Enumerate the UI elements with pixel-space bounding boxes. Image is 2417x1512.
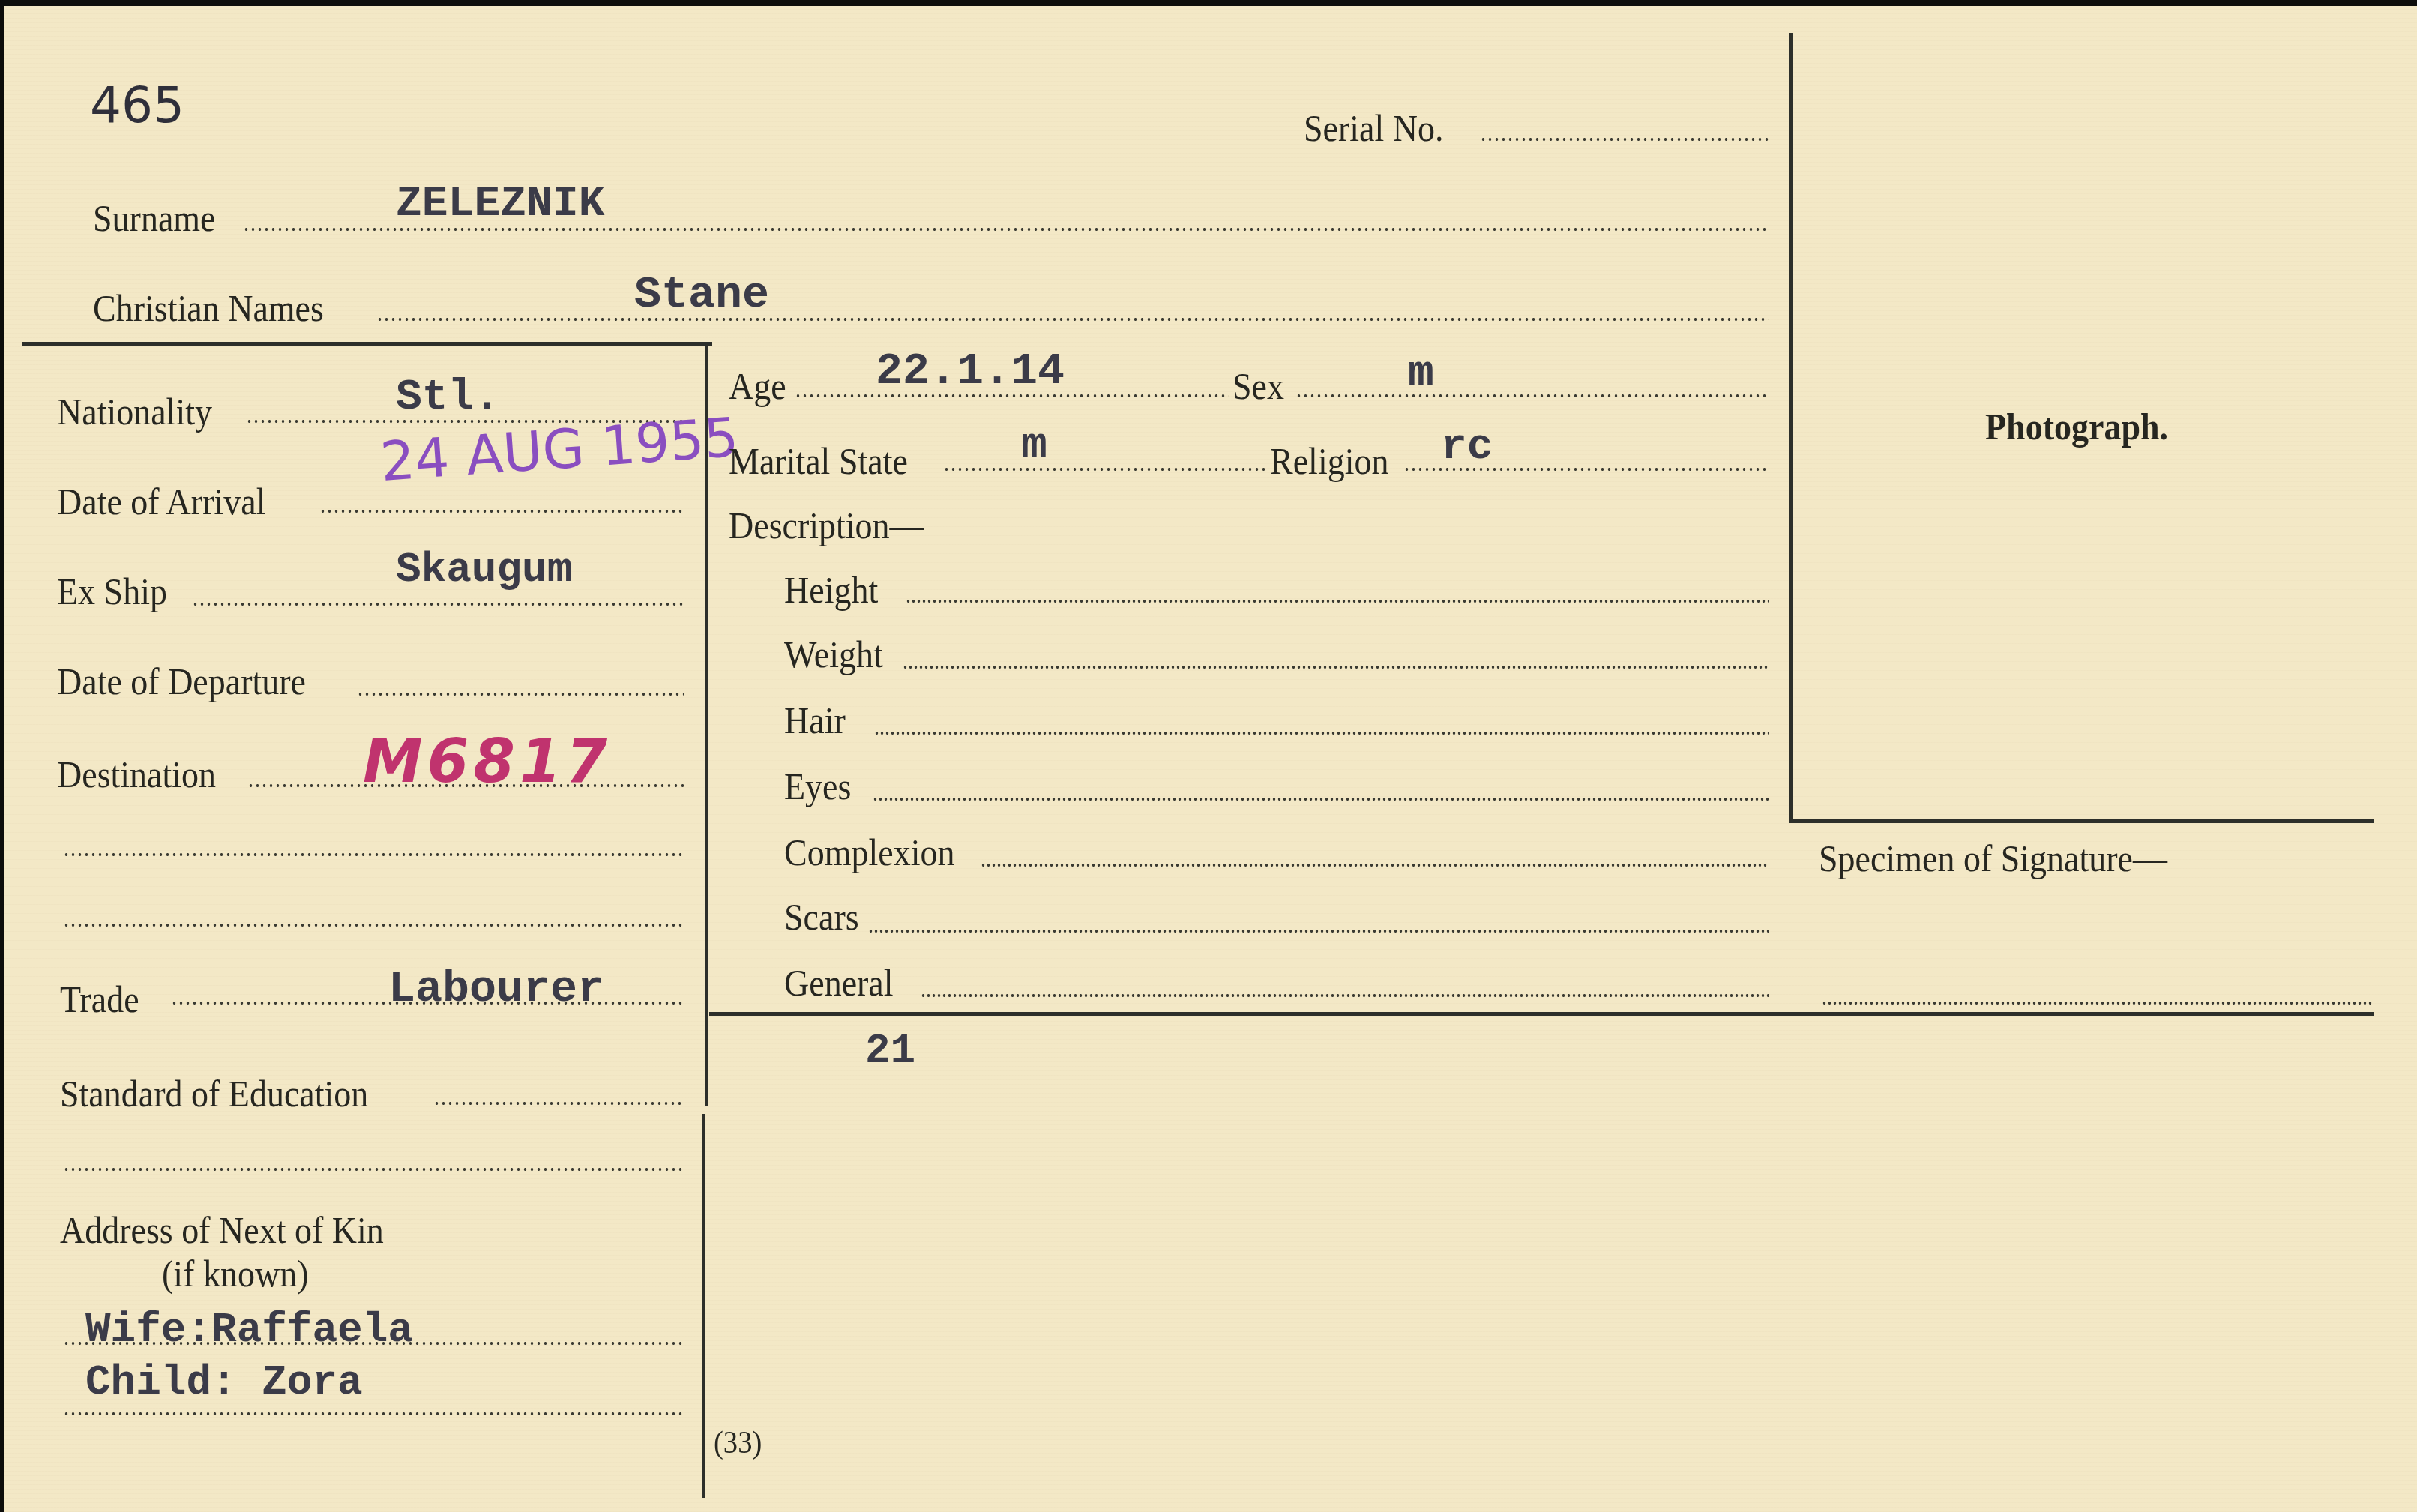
christian-names-value: Stane <box>634 273 769 318</box>
sex-field[interactable] <box>1295 394 1769 397</box>
ex-ship-value: Skaugum <box>396 549 572 591</box>
scars-label: Scars <box>784 898 859 936</box>
complexion-field[interactable] <box>981 864 1769 867</box>
weight-field[interactable] <box>903 666 1769 669</box>
lower-column-divider <box>702 1114 705 1498</box>
next-of-kin-label: Address of Next of Kin <box>60 1211 384 1249</box>
sex-label: Sex <box>1232 367 1284 405</box>
height-label: Height <box>784 571 878 609</box>
religion-field[interactable] <box>1403 468 1769 471</box>
form-code: (33) <box>714 1427 762 1459</box>
general-field[interactable] <box>921 994 1769 997</box>
marital-state-field[interactable] <box>943 468 1267 471</box>
trade-field[interactable] <box>171 1002 684 1005</box>
next-of-kin-line-2: Child: Zora <box>85 1361 363 1403</box>
education-field[interactable] <box>433 1102 684 1105</box>
education-extra-line[interactable] <box>63 1168 684 1171</box>
nationality-value: Stl. <box>396 376 500 420</box>
sex-value: m <box>1408 352 1434 396</box>
age-label: Age <box>729 367 786 405</box>
next-of-kin-field-2[interactable] <box>63 1412 684 1415</box>
complexion-label: Complexion <box>784 834 954 871</box>
ex-ship-field[interactable] <box>192 603 684 606</box>
destination-extra-line-1[interactable] <box>63 853 684 856</box>
serial-no-label: Serial No. <box>1304 109 1444 147</box>
date-of-departure-field[interactable] <box>357 693 684 696</box>
hair-field[interactable] <box>874 732 1769 735</box>
card-number: 465 <box>90 81 184 130</box>
surname-field[interactable] <box>243 228 1769 231</box>
ex-ship-label: Ex Ship <box>57 573 167 610</box>
age-value: 22.1.14 <box>876 349 1065 394</box>
surname-value: ZELEZNIK <box>396 183 604 226</box>
age-field[interactable] <box>795 394 1229 397</box>
destination-field[interactable] <box>247 784 684 787</box>
signature-label: Specimen of Signature— <box>1819 840 2167 877</box>
religion-label: Religion <box>1270 442 1388 480</box>
trade-value: Labourer <box>388 967 604 1012</box>
middle-bottom-rule <box>709 1012 2374 1016</box>
age-annotation: 21 <box>865 1030 915 1072</box>
hair-label: Hair <box>784 702 846 739</box>
date-of-arrival-label: Date of Arrival <box>57 483 265 520</box>
marital-state-value: m <box>1021 424 1047 468</box>
marital-state-label: Marital State <box>729 442 908 480</box>
destination-extra-line-2[interactable] <box>63 924 684 927</box>
next-of-kin-sublabel: (if known) <box>162 1255 308 1292</box>
date-of-departure-label: Date of Departure <box>57 663 306 700</box>
left-top-rule <box>22 342 712 346</box>
photo-box-left-rule <box>1789 33 1793 820</box>
eyes-field[interactable] <box>873 798 1769 801</box>
height-field[interactable] <box>906 600 1769 603</box>
general-label: General <box>784 964 894 1002</box>
nationality-label: Nationality <box>57 393 212 430</box>
signature-field[interactable] <box>1822 1002 2374 1005</box>
surname-label: Surname <box>93 199 216 237</box>
destination-label: Destination <box>57 756 216 793</box>
christian-names-label: Christian Names <box>93 289 324 327</box>
trade-label: Trade <box>60 981 139 1018</box>
next-of-kin-field-1[interactable] <box>63 1342 684 1345</box>
destination-value: M6817 <box>363 732 612 792</box>
weight-label: Weight <box>784 636 883 673</box>
registration-card: 465 Serial No. Surname ZELEZNIK Christia… <box>4 6 2417 1512</box>
education-label: Standard of Education <box>60 1075 368 1112</box>
religion-value: rc <box>1441 426 1493 469</box>
date-of-arrival-field[interactable] <box>319 510 684 513</box>
scars-field[interactable] <box>868 930 1769 933</box>
description-label: Description— <box>729 507 924 544</box>
photograph-area[interactable] <box>1796 36 2374 816</box>
serial-no-field[interactable] <box>1480 138 1769 141</box>
photo-box-bottom-rule <box>1789 819 2374 823</box>
eyes-label: Eyes <box>784 768 851 805</box>
christian-names-field[interactable] <box>376 318 1769 321</box>
